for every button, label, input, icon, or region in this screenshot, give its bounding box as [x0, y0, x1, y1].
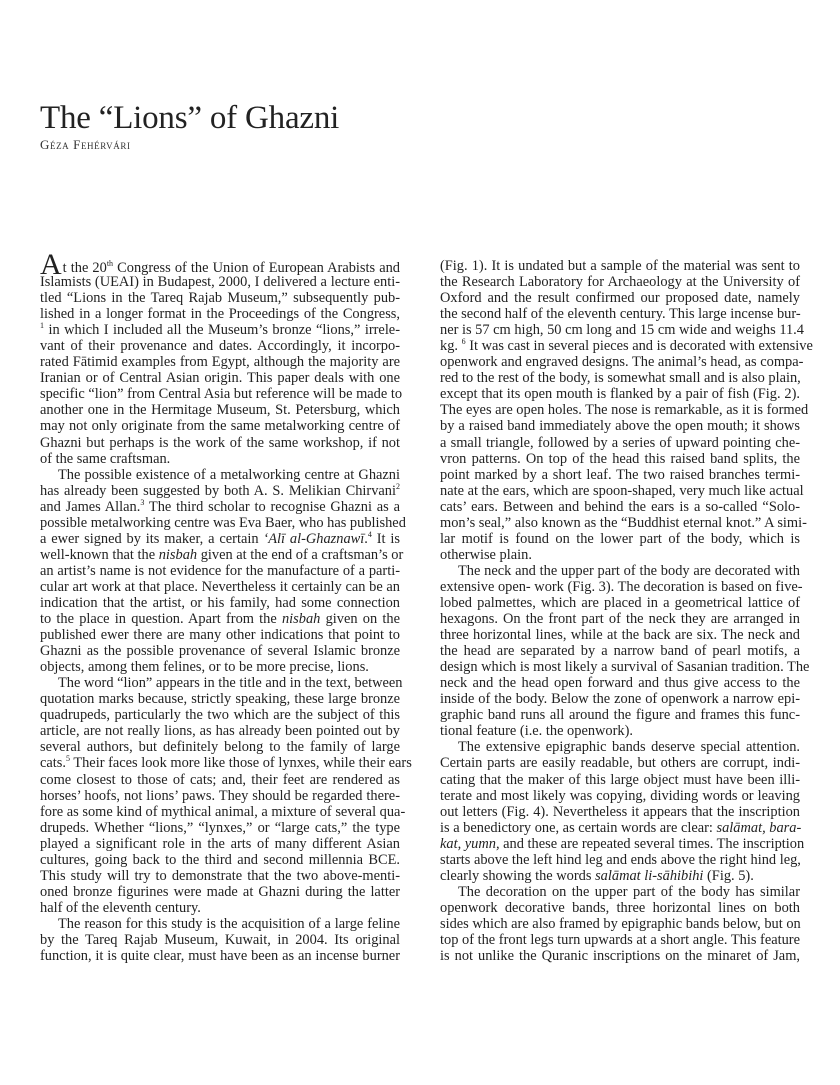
text-line: Islamists (UEAI) in Budapest, 2000, I de… [40, 274, 400, 290]
text-line: out letters (Fig. 4). Nevertheless it ap… [440, 804, 800, 820]
text-line: Certain parts are easily readable, but o… [440, 755, 800, 771]
text-line: The word “lion” appears in the title and… [40, 675, 400, 691]
text-line: extensive open- work (Fig. 3). The decor… [440, 579, 800, 595]
text-line: This study will try to demonstrate that … [40, 868, 400, 884]
text-line: possible metalworking centre was Eva Bae… [40, 515, 400, 531]
text-line: Ghazni as the possible provenance of sev… [40, 643, 400, 659]
text-line: cating that the maker of this large obje… [440, 772, 800, 788]
text-line: The neck and the upper part of the body … [440, 563, 800, 579]
text-line: kg. 6 It was cast in several pieces and … [440, 338, 800, 354]
text-line: by the Tareq Rajab Museum, Kuwait, in 20… [40, 932, 400, 948]
text-line: the second half of the eleventh century.… [440, 306, 800, 322]
text-line: cats.5 Their faces look more like those … [40, 755, 400, 771]
left-column: At the 20th Congress of the Union of Eur… [40, 258, 400, 964]
text-line: is not unlike the Quranic inscriptions o… [440, 948, 800, 964]
text-line: 1 in which I included all the Museum’s b… [40, 322, 400, 338]
text-line: openwork and engraved designs. The anima… [440, 354, 800, 370]
text-line: neck and the head open forward and thus … [440, 675, 800, 691]
text-line: The reason for this study is the acquisi… [40, 916, 400, 932]
text-line: lobed palmettes, which are placed in a g… [440, 595, 800, 611]
text-line: by a raised band immediately above the o… [440, 418, 800, 434]
text-line: oned bronze figurines were made at Ghazn… [40, 884, 400, 900]
text-line: terate and most likely was copying, divi… [440, 788, 800, 804]
text-line: fore as some kind of mythical animal, a … [40, 804, 400, 820]
text-line: Iranian or of Central Asian origin. This… [40, 370, 400, 386]
text-line: a small triangle, followed by a series o… [440, 435, 800, 451]
text-line: At the 20th Congress of the Union of Eur… [40, 258, 400, 274]
text-line: the head are separated by a narrow band … [440, 643, 800, 659]
text-line: vron patterns. On top of the head this r… [440, 451, 800, 467]
text-line: The decoration on the upper part of the … [440, 884, 800, 900]
text-line: lished in a longer format in the Proceed… [40, 306, 400, 322]
text-line: hexagons. On the front part of the neck … [440, 611, 800, 627]
text-line: sides which are also framed by epigraphi… [440, 916, 800, 932]
text-line: several authors, but definitely belong t… [40, 739, 400, 755]
text-line: horses’ hoofs, not lions’ paws. They sho… [40, 788, 400, 804]
text-line: ner is 57 cm high, 50 cm long and 15 cm … [440, 322, 800, 338]
text-line: half of the eleventh century. [40, 900, 400, 916]
text-line: otherwise plain. [440, 547, 800, 563]
text-line: vant of their provenance and dates. Acco… [40, 338, 400, 354]
text-line: three horizontal lines, while at the bac… [440, 627, 800, 643]
text-line: come closest to those of cats; and, thei… [40, 772, 400, 788]
text-line: top of the front legs turn upwards at a … [440, 932, 800, 948]
text-line: played a significant role in the arts of… [40, 836, 400, 852]
text-line: has already been suggested by both A. S.… [40, 483, 400, 499]
text-line: the Research Laboratory for Archaeology … [440, 274, 800, 290]
text-line: well-known that the nisbah given at the … [40, 547, 400, 563]
text-line: nate at the ears, which are spoon-shaped… [440, 483, 800, 499]
text-line: an artist’s name is not evidence for the… [40, 563, 400, 579]
text-line: Oxford and the result confirmed our prop… [440, 290, 800, 306]
article-author: Géza Fehérvári [40, 137, 131, 153]
right-column: (Fig. 1). It is undated but a sample of … [440, 258, 800, 964]
text-line: tional feature (i.e. the openwork). [440, 723, 800, 739]
text-line: a ewer signed by its maker, a certain ‘A… [40, 531, 400, 547]
text-line: graphic band runs all around the figure … [440, 707, 800, 723]
text-line: another one in the Hermitage Museum, St.… [40, 402, 400, 418]
text-line: (Fig. 1). It is undated but a sample of … [440, 258, 800, 274]
text-line: openwork decorative bands, three horizon… [440, 900, 800, 916]
text-line: starts above the left hind leg and ends … [440, 852, 800, 868]
text-line: The possible existence of a metalworking… [40, 467, 400, 483]
text-line: may not only originate from the same met… [40, 418, 400, 434]
text-line: drupeds. Whether “lions,” “lynxes,” or “… [40, 820, 400, 836]
text-line: function, it is quite clear, must have b… [40, 948, 400, 964]
text-line: published ewer there are many other indi… [40, 627, 400, 643]
text-line: mon’s seal,” also known as the “Buddhist… [440, 515, 800, 531]
text-line: The extensive epigraphic bands deserve s… [440, 739, 800, 755]
text-line: cats’ ears. Between and behind the ears … [440, 499, 800, 515]
article-title: The “Lions” of Ghazni [40, 98, 339, 138]
text-line: of the same craftsman. [40, 451, 400, 467]
text-line: clearly showing the words salāmat li-sāh… [440, 868, 800, 884]
text-line: quadrupeds, particularly the two which a… [40, 707, 400, 723]
text-line: red to the rest of the body, is somewhat… [440, 370, 800, 386]
text-line: cultures, going back to the third and se… [40, 852, 400, 868]
text-line: except that its open mouth is flanked by… [440, 386, 800, 402]
text-line: quotation marks because, strictly speaki… [40, 691, 400, 707]
text-line: and James Allan.3 The third scholar to r… [40, 499, 400, 515]
text-line: rated Fātimid examples from Egypt, altho… [40, 354, 400, 370]
text-line: article, are not really lions, as has al… [40, 723, 400, 739]
text-line: to the place in question. Apart from the… [40, 611, 400, 627]
text-line: Ghazni but perhaps is the work of the sa… [40, 435, 400, 451]
text-line: point marked by a short leaf. The two ra… [440, 467, 800, 483]
text-line: kat, yumn, and these are repeated severa… [440, 836, 800, 852]
text-line: indication that the artist, or his famil… [40, 595, 400, 611]
text-line: lar motif is found on the lower part of … [440, 531, 800, 547]
text-line: objects, among them felines, or to be mo… [40, 659, 400, 675]
text-line: is a benedictory one, as certain words a… [440, 820, 800, 836]
text-line: tled “Lions in the Tareq Rajab Museum,” … [40, 290, 400, 306]
text-line: The eyes are open holes. The nose is rem… [440, 402, 800, 418]
text-line: cular art work at that place. Neverthele… [40, 579, 400, 595]
text-line: design which is most likely a survival o… [440, 659, 800, 675]
text-line: inside of the body. Below the zone of op… [440, 691, 800, 707]
text-line: specific “lion” from Central Asia but re… [40, 386, 400, 402]
